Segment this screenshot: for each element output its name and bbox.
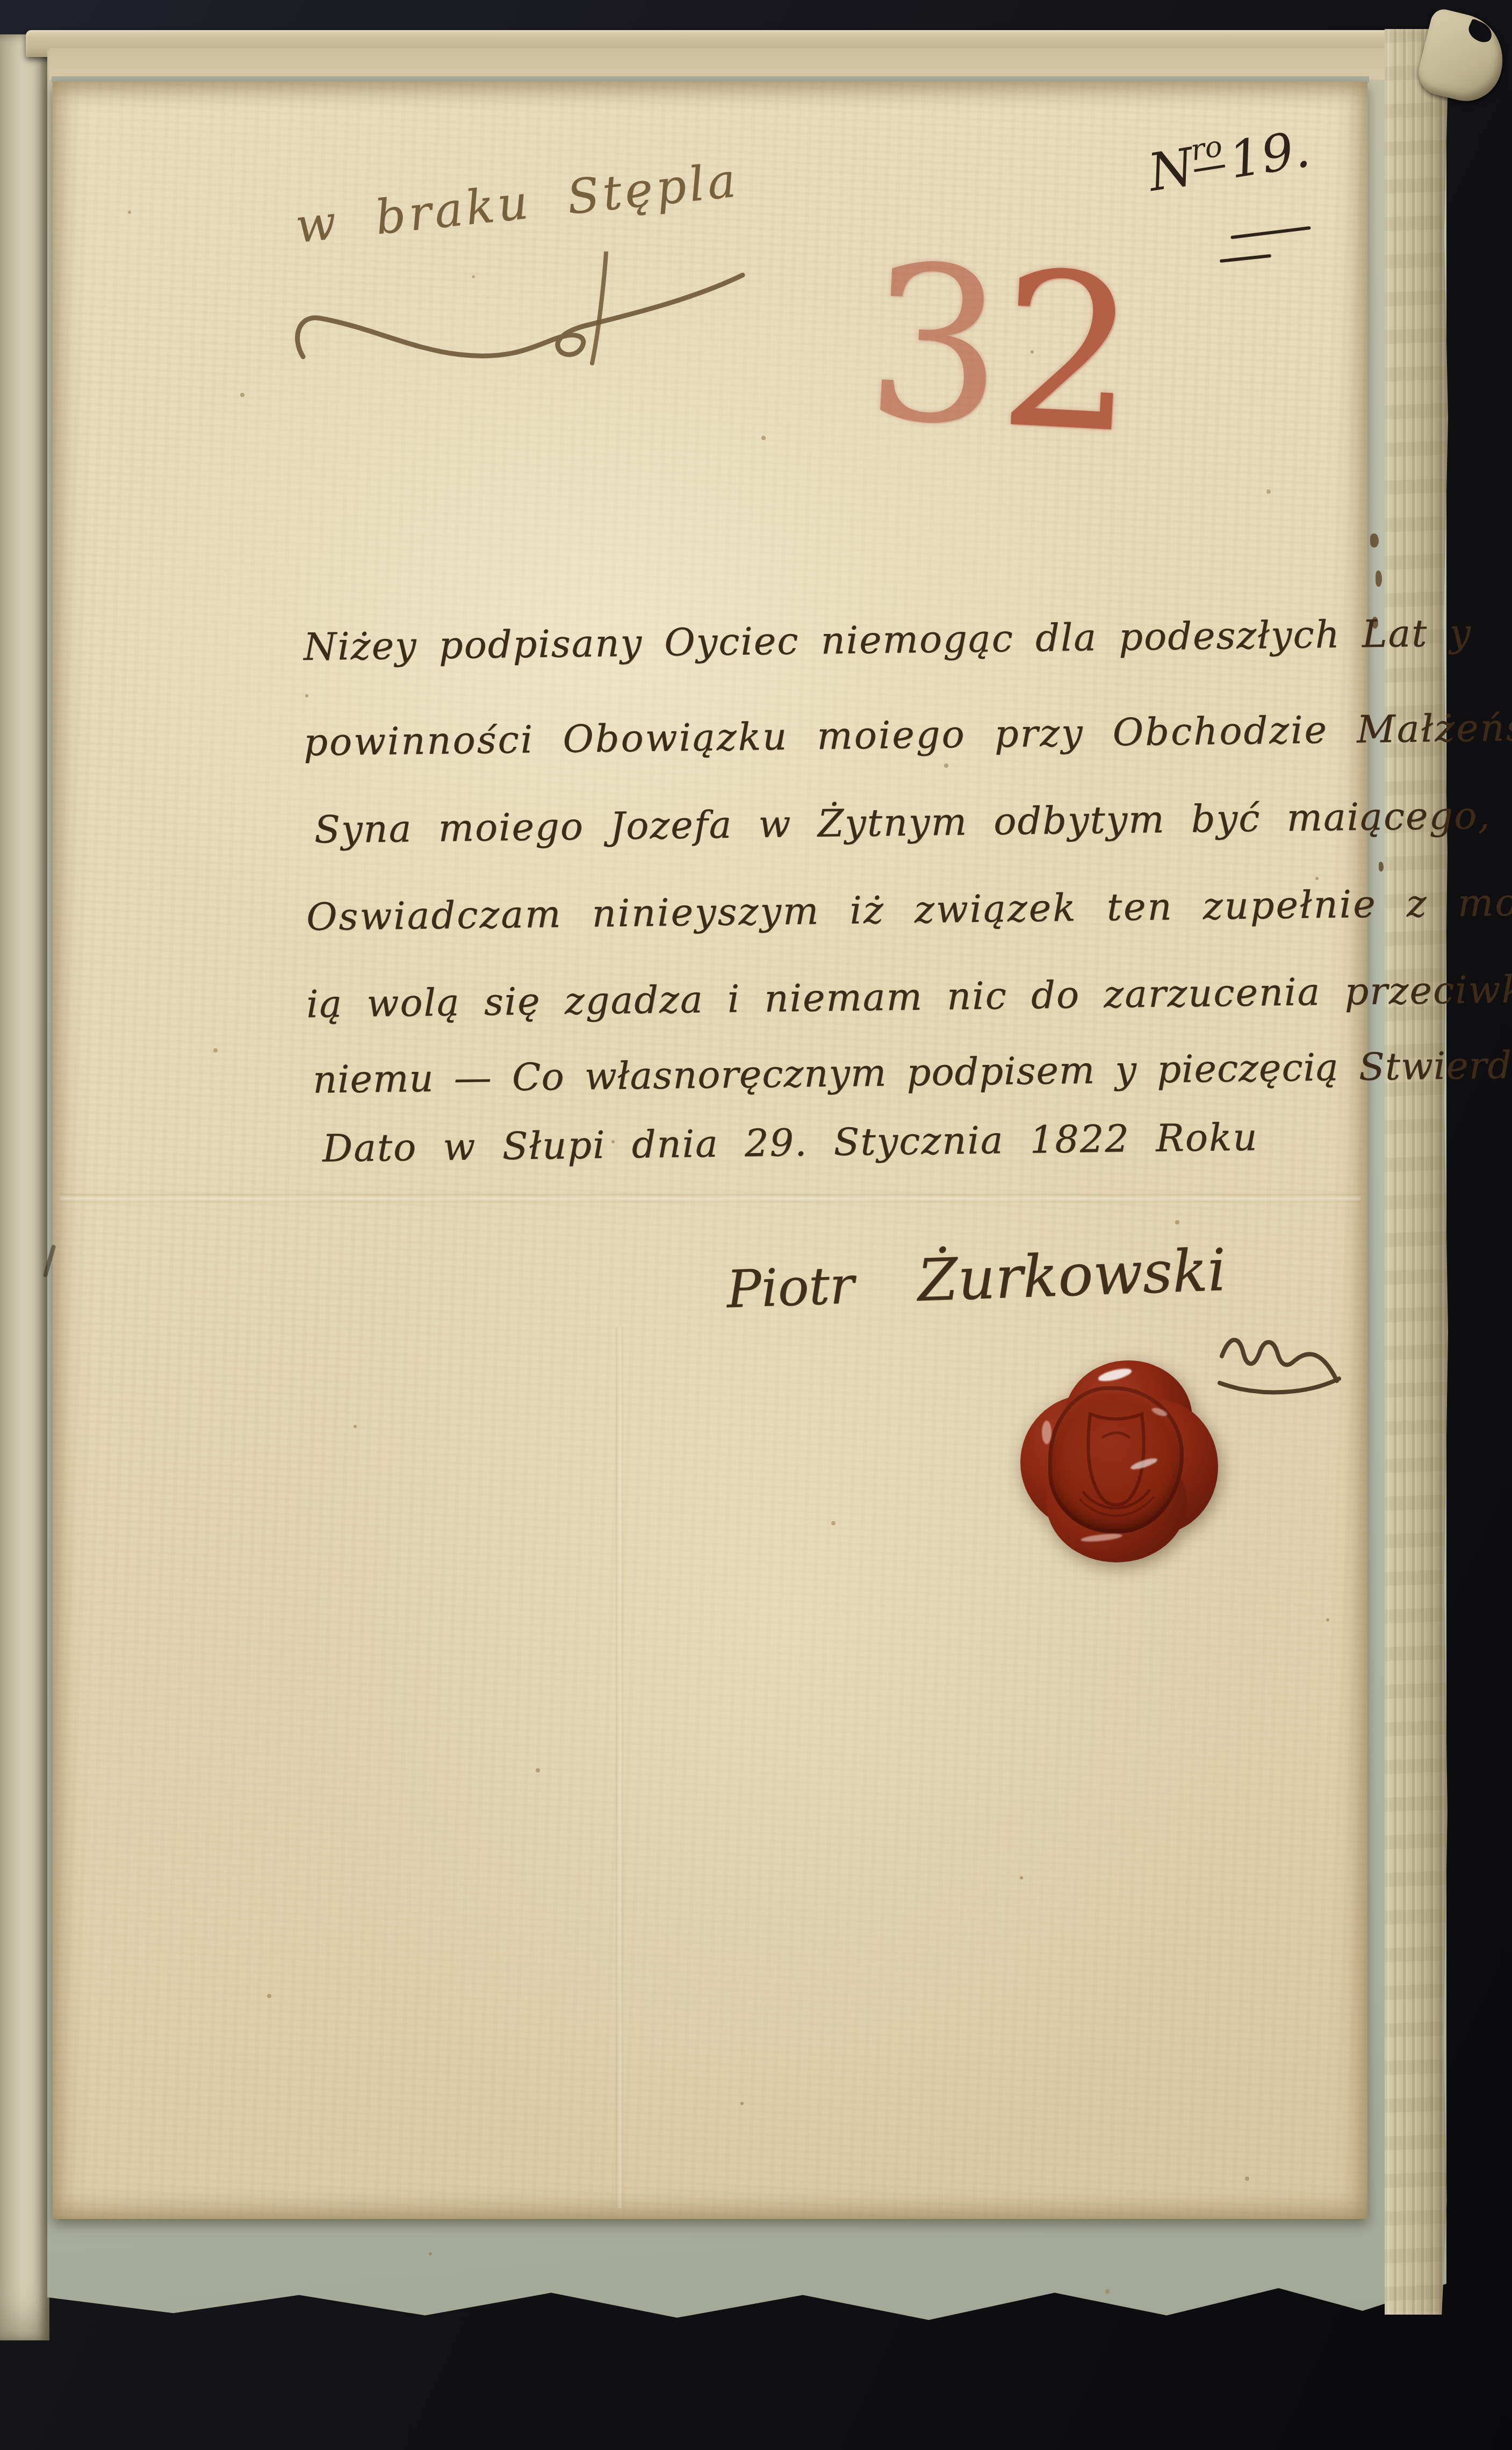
document-number-value: 19. bbox=[1225, 120, 1314, 190]
signature-paraph bbox=[1212, 1323, 1341, 1403]
top-edge-band bbox=[49, 48, 1387, 80]
seal-face bbox=[1048, 1386, 1184, 1533]
ink-speck bbox=[1370, 534, 1379, 547]
ink-speck bbox=[1379, 862, 1384, 871]
document-number-superscript: ro bbox=[1189, 129, 1226, 172]
book-fore-edge bbox=[1385, 29, 1448, 2315]
fold-crease-horizontal bbox=[60, 1194, 1360, 1202]
paper-specks bbox=[128, 211, 131, 214]
seal-highlight bbox=[1042, 1421, 1052, 1444]
seal-crest bbox=[1048, 1386, 1184, 1533]
corner-note-flourish bbox=[288, 251, 761, 402]
fold-crease-vertical bbox=[616, 1327, 623, 2208]
signature-surname: Żurkowski bbox=[916, 1237, 1227, 1315]
red-digit-2: 2 bbox=[993, 225, 1139, 480]
ink-speck bbox=[1376, 571, 1382, 587]
archival-scan: w braku Stępla Nro19. 32 Niżey podpisany… bbox=[0, 0, 1512, 2450]
wax-seal bbox=[1017, 1357, 1222, 1568]
left-pages-edge bbox=[0, 34, 49, 2340]
red-archive-number: 32 bbox=[862, 236, 1139, 463]
red-digit-3: 3 bbox=[861, 218, 1006, 473]
signature-given-name: Piotr bbox=[725, 1255, 855, 1320]
